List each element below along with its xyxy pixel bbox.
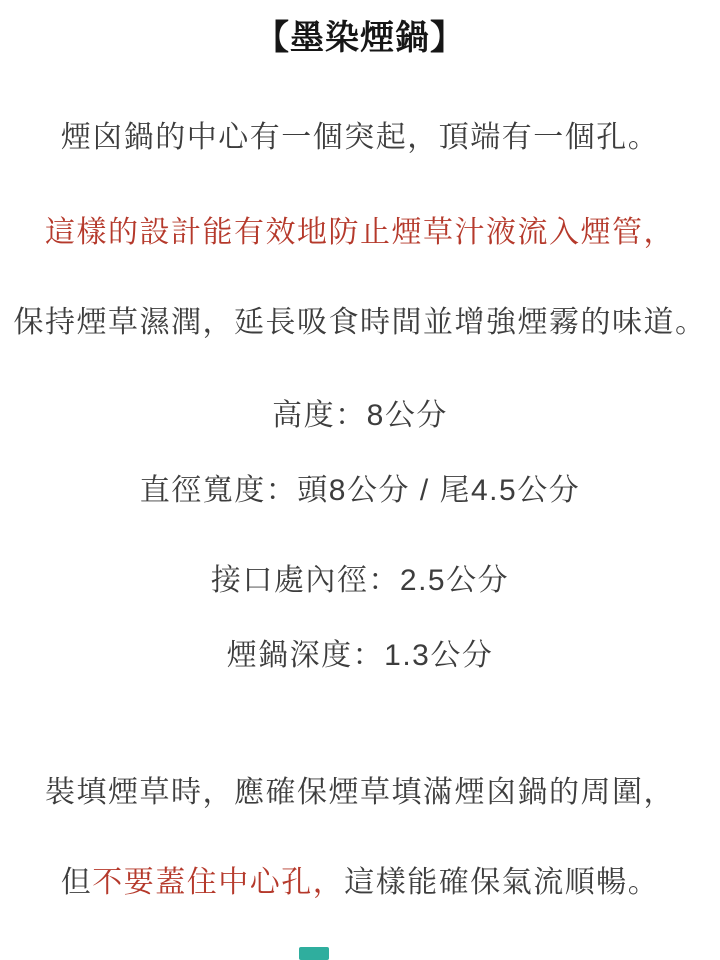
usage-line-2-highlight: 不要蓋住中心孔， <box>92 866 344 899</box>
spec-diameter: 直徑寬度：頭8公分 / 尾4.5公分 <box>0 471 720 511</box>
usage-line-1: 裝填煙草時，應確保煙草填滿煙囟鍋的周圍， <box>0 773 720 813</box>
page-title: 【墨染煙鍋】 <box>0 0 720 60</box>
spec-bowl-depth: 煙鍋深度：1.3公分 <box>0 636 720 676</box>
intro-line-2-highlight: 這樣的設計能有效地防止煙草汁液流入煙管， <box>0 213 720 253</box>
intro-line-3: 保持煙草濕潤，延長吸食時間並增強煙霧的味道。 <box>0 303 720 343</box>
bottom-partial-element <box>299 947 329 960</box>
usage-line-2-suffix: 這樣能確保氣流順暢。 <box>344 866 659 899</box>
spec-height: 高度：8公分 <box>0 396 720 436</box>
product-description-page: 【墨染煙鍋】 煙囟鍋的中心有一個突起，頂端有一個孔。 這樣的設計能有效地防止煙草… <box>0 0 720 960</box>
usage-line-2-prefix: 但 <box>61 866 93 899</box>
usage-line-2: 但不要蓋住中心孔，這樣能確保氣流順暢。 <box>0 863 720 903</box>
spec-inner-diameter: 接口處內徑：2.5公分 <box>0 561 720 601</box>
intro-line-1: 煙囟鍋的中心有一個突起，頂端有一個孔。 <box>0 118 720 158</box>
